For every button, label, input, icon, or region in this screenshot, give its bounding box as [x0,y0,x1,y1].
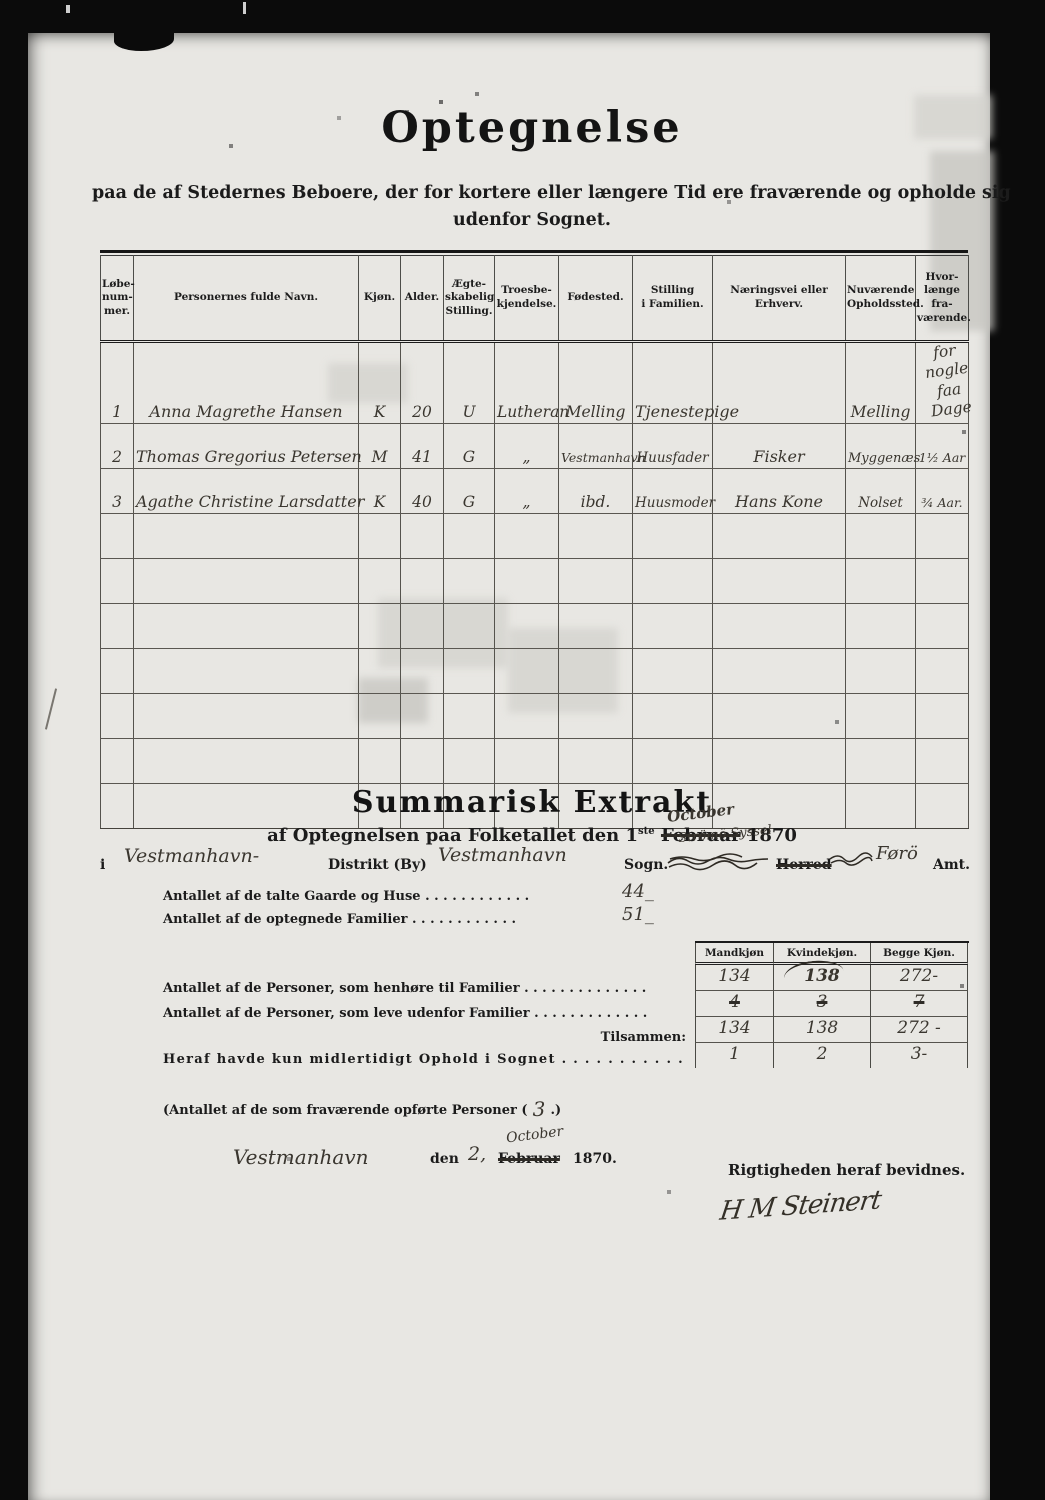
table-cell: „ [495,468,559,513]
count-label-farms: Antallet af de talte Gaarde og Huse . . … [163,889,529,904]
table-cell [495,693,559,738]
table-cell [134,648,359,693]
stray-pen-mark [45,688,57,729]
district-label: Distrikt (By) [328,857,427,873]
table-cell [846,693,916,738]
table-cell [101,693,134,738]
col-header-birthplace: Fødested. [559,256,633,342]
table-cell: Huusfader [633,423,713,468]
table-cell [559,558,633,603]
absent-persons-line: (Antallet af de som fraværende opførte P… [163,1095,561,1119]
table-cell: G [444,423,495,468]
table-cell: Hans Kone [713,468,846,513]
count-label-families: Antallet af de optegnede Familier . . . … [163,912,516,927]
date-place-handwritten: Vestmanhavn [233,1145,369,1169]
table-cell [559,513,633,558]
scanned-census-page: Optegnelse paa de af Stedernes Beboere, … [0,0,1045,1500]
date-den-label: den [430,1151,459,1167]
table-cell [101,603,134,648]
label-temporary-residence: Heraf havde kun midlertidigt Ophold i So… [163,1052,684,1067]
table-cell [444,648,495,693]
col-header-sex: Kjøn. [359,256,401,342]
summary-row-outside-families-struck: 4 3 7 [695,991,969,1017]
label-persons-in-families: Antallet af de Personer, som henhøre til… [163,981,646,996]
amt-handwritten: Førö [876,843,918,864]
table-cell [401,738,444,783]
table-row-empty [101,558,969,603]
table-cell [134,693,359,738]
absent-line-prefix: (Antallet af de som fraværende opførte P… [163,1103,528,1118]
table-cell: Nolset [846,468,916,513]
table-cell: K [359,468,401,513]
table-row-empty [101,603,969,648]
table-cell: 41 [401,423,444,468]
table-cell [846,558,916,603]
table-cell [444,603,495,648]
page-subtitle-line1: paa de af Stedernes Beboere, der for kor… [92,183,972,203]
table-cell [495,603,559,648]
extract-subheading-prefix: af Optegnelsen paa Folketallet den 1 [267,825,638,846]
table-cell: U [444,342,495,424]
label-persons-outside-families: Antallet af de Personer, som leve udenfo… [163,1006,647,1021]
date-day-handwritten: 2, [468,1143,486,1165]
district-line-i: i [100,857,105,873]
table-cell [101,558,134,603]
parish-label: Sogn. [624,857,668,873]
table-cell: G [444,468,495,513]
table-cell [846,648,916,693]
table-row: 3 Agathe Christine Larsdatter K 40 G „ i… [101,468,969,513]
table-row: 2 Thomas Gregorius Petersen M 41 G „ Ves… [101,423,969,468]
extract-subheading-ordinal: ste [638,826,655,837]
table-cell [495,513,559,558]
table-cell: 1 [101,342,134,424]
scan-specks [28,33,30,35]
table-cell [633,513,713,558]
table-cell [495,738,559,783]
summary-table: Mandkjøn Kvindekjøn. Begge Kjøn. 134 138… [695,941,969,1068]
table-cell [916,648,969,693]
table-cell: Tjenestepige [633,342,713,424]
signature: H M Steinert [720,1191,881,1221]
page-title: Optegnelse [92,103,972,153]
table-cell: Myggenæs [846,423,916,468]
table-cell: K [359,342,401,424]
parish-handwritten: Vestmanhavn [438,844,567,866]
table-cell [359,648,401,693]
table-cell: Thomas Gregorius Petersen [134,423,359,468]
table-cell [444,693,495,738]
col-header-faith: Troesbe- kjendelse. [495,256,559,342]
table-cell [444,558,495,603]
date-month-handwritten-correction: October [505,1124,564,1147]
page-subtitle-line2: udenfor Sognet. [92,210,972,230]
date-year-label: 1870. [573,1151,617,1167]
table-cell: ¾ Aar. [916,468,969,513]
table-cell: 3 [101,468,134,513]
table-cell: Melling [846,342,916,424]
table-cell [359,603,401,648]
table-cell: Fisker [713,423,846,468]
table-cell [559,603,633,648]
table-cell [495,648,559,693]
summary-col-males: Mandkjøn [695,943,774,965]
table-cell [846,603,916,648]
table-cell: Agathe Christine Larsdatter [134,468,359,513]
table-cell: 1½ Aar [916,423,969,468]
table-cell [359,513,401,558]
table-cell [559,738,633,783]
extract-subheading: af Optegnelsen paa Folketallet den 1ste … [92,825,972,846]
table-cell [633,558,713,603]
table-cell [101,513,134,558]
count-value-families: 51_ [622,904,654,925]
scribbled-out-word [666,851,770,873]
district-handwritten: Vestmanhavn- [124,845,259,867]
table-cell [359,693,401,738]
table-row-empty [101,513,969,558]
table-cell: 40 [401,468,444,513]
table-cell [134,738,359,783]
summary-col-both: Begge Kjøn. [871,943,968,965]
table-cell [444,738,495,783]
table-cell: for nogle faa Dage [916,342,969,424]
attestation-text: Rigtigheden heraf bevidnes. [728,1161,965,1179]
table-cell [633,603,713,648]
col-header-age: Alder. [401,256,444,342]
col-header-family-position: Stilling i Familien. [633,256,713,342]
absent-count-handwritten: 3 [533,1097,546,1121]
table-cell [846,513,916,558]
table-cell: „ [495,423,559,468]
table-cell [713,558,846,603]
summary-row-temporary: 1 2 3- [695,1043,969,1068]
table-cell [359,558,401,603]
col-header-number: Løbe- num- mer. [101,256,134,342]
table-row-empty [101,693,969,738]
table-cell: Huusmoder [633,468,713,513]
table-cell: ibd. [559,468,633,513]
table-cell [916,603,969,648]
table-cell: Lutheran [495,342,559,424]
extract-heading: Summarisk Extrakt [92,785,972,820]
table-cell [134,513,359,558]
table-cell [916,693,969,738]
table-row-empty [101,738,969,783]
record-table: Løbe- num- mer. Personernes fulde Navn. … [100,250,968,829]
summary-row-total: 134 138 272 - [695,1017,969,1043]
table-cell [559,648,633,693]
table-cell [401,558,444,603]
table-row-empty [101,648,969,693]
table-header-row: Løbe- num- mer. Personernes fulde Navn. … [101,256,969,342]
table-cell [401,648,444,693]
table-cell [713,603,846,648]
table-cell [101,648,134,693]
table-row: 1 Anna Magrethe Hansen K 20 U Lutheran M… [101,342,969,424]
count-value-farms: 44_ [622,881,654,902]
table-cell [495,558,559,603]
col-header-name: Personernes fulde Navn. [134,256,359,342]
table-cell [713,738,846,783]
table-cell [633,693,713,738]
date-month-printed-struck: Februar [498,1151,560,1167]
table-cell [401,603,444,648]
document-paper: Optegnelse paa de af Stedernes Beboere, … [28,33,990,1500]
col-header-residence: Nuværende Opholdssted. [846,256,916,342]
table-cell: Vestmanhavn [559,423,633,468]
table-cell [401,513,444,558]
amt-label: Amt. [933,857,970,873]
table-cell [101,738,134,783]
label-total: Tilsammen: [568,1030,686,1045]
table-cell [359,738,401,783]
table-cell [916,558,969,603]
table-cell: M [359,423,401,468]
table-cell [713,513,846,558]
record-table-body: 1 Anna Magrethe Hansen K 20 U Lutheran M… [101,342,969,829]
table-cell [713,648,846,693]
table-cell [633,648,713,693]
table-cell: Anna Magrethe Hansen [134,342,359,424]
table-cell [134,558,359,603]
table-cell: 20 [401,342,444,424]
col-header-marital: Ægte- skabelig Stilling. [444,256,495,342]
table-cell [846,738,916,783]
table-cell [134,603,359,648]
scribbled-out-word [828,849,874,869]
table-cell [633,738,713,783]
table-cell [401,693,444,738]
scan-speck [66,5,70,13]
table-cell [559,693,633,738]
paper-edge-notch [114,29,174,51]
absent-line-suffix: .) [550,1103,561,1118]
table-cell [713,693,846,738]
herred-label-struck: Herred [776,857,832,873]
table-cell [916,738,969,783]
scan-speck [243,2,246,14]
table-cell [916,513,969,558]
table-cell [444,513,495,558]
table-cell: 2 [101,423,134,468]
col-header-occupation: Næringsvei eller Erhverv. [713,256,846,342]
table-cell: Melling [559,342,633,424]
